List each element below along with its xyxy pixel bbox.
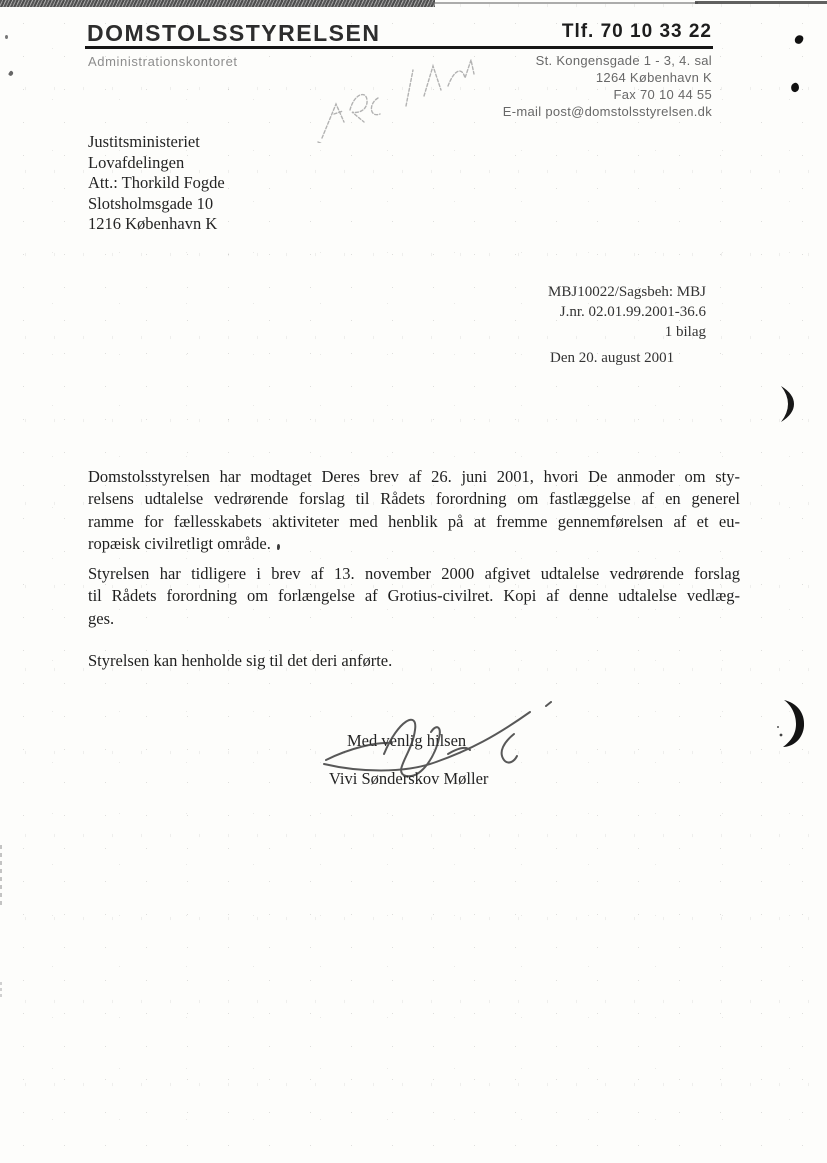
- body-text-line: ropæisk civilretligt område.: [88, 533, 740, 555]
- body-text-line: Styrelsen kan henholde sig til det deri …: [88, 650, 740, 672]
- recipient-line: Lovafdelingen: [88, 153, 225, 174]
- case-reference: MBJ10022/Sagsbeh: MBJ: [548, 282, 706, 302]
- email-line: E-mail post@domstolsstyrelsen.dk: [503, 103, 712, 120]
- body-text-line: til Rådets forordning om forlængelse af …: [88, 585, 740, 607]
- crescent-scan-mark-large: [775, 697, 807, 749]
- body-paragraph-3: Styrelsen kan henholde sig til det deri …: [88, 650, 740, 672]
- body-text-line: ges.: [88, 608, 740, 630]
- phone-number: Tlf. 70 10 33 22: [562, 21, 712, 43]
- scan-edge-band: [0, 0, 435, 7]
- ink-spot: [790, 82, 800, 93]
- scanned-letter-page: DOMSTOLSSTYRELSEN Tlf. 70 10 33 22 Admin…: [0, 0, 827, 1163]
- address-line: 1264 København K: [503, 69, 712, 86]
- ink-spot: [794, 34, 805, 45]
- signer-name: Vivi Sønderskov Møller: [329, 769, 488, 789]
- recipient-line: Slotsholmsgade 10: [88, 194, 225, 215]
- recipient-line: Justitsministeriet: [88, 132, 225, 153]
- recipient-address-block: Justitsministeriet Lovafdelingen Att.: T…: [88, 132, 225, 235]
- organization-logo-text: DOMSTOLSSTYRELSEN: [87, 20, 380, 47]
- body-text-line: Domstolsstyrelsen har modtaget Deres bre…: [88, 466, 740, 488]
- ink-speck: [8, 70, 14, 76]
- reference-block: MBJ10022/Sagsbeh: MBJ J.nr. 02.01.99.200…: [548, 282, 706, 342]
- body-text-line: Styrelsen har tidligere i brev af 13. no…: [88, 563, 740, 585]
- body-text-line: relsens udtalelse vedrørende forslag til…: [88, 488, 740, 510]
- ink-speck: [5, 35, 8, 39]
- body-text-line: ramme for fællesskabets aktiviteter med …: [88, 511, 740, 533]
- recipient-line: 1216 København K: [88, 214, 225, 235]
- scan-edge-line-right: [695, 1, 827, 4]
- address-line: St. Kongensgade 1 - 3, 4. sal: [503, 52, 712, 69]
- body-paragraph-1: Domstolsstyrelsen har modtaget Deres bre…: [88, 466, 740, 556]
- letter-date: Den 20. august 2001: [550, 350, 674, 367]
- body-paragraph-2: Styrelsen har tidligere i brev af 13. no…: [88, 563, 740, 630]
- handwritten-scribble: [312, 48, 492, 143]
- department-name: Administrationskontoret: [88, 54, 238, 69]
- journal-number: J.nr. 02.01.99.2001-36.6: [548, 302, 706, 322]
- scan-streak: [0, 845, 2, 905]
- recipient-line: Att.: Thorkild Fogde: [88, 173, 225, 194]
- scan-streak: [0, 982, 2, 1000]
- scan-edge-line: [430, 2, 698, 4]
- crescent-scan-mark-small: [779, 385, 797, 423]
- letterhead-address-block: St. Kongensgade 1 - 3, 4. sal 1264 Køben…: [503, 52, 712, 120]
- enclosure-count: 1 bilag: [548, 322, 706, 342]
- address-line: Fax 70 10 44 55: [503, 86, 712, 103]
